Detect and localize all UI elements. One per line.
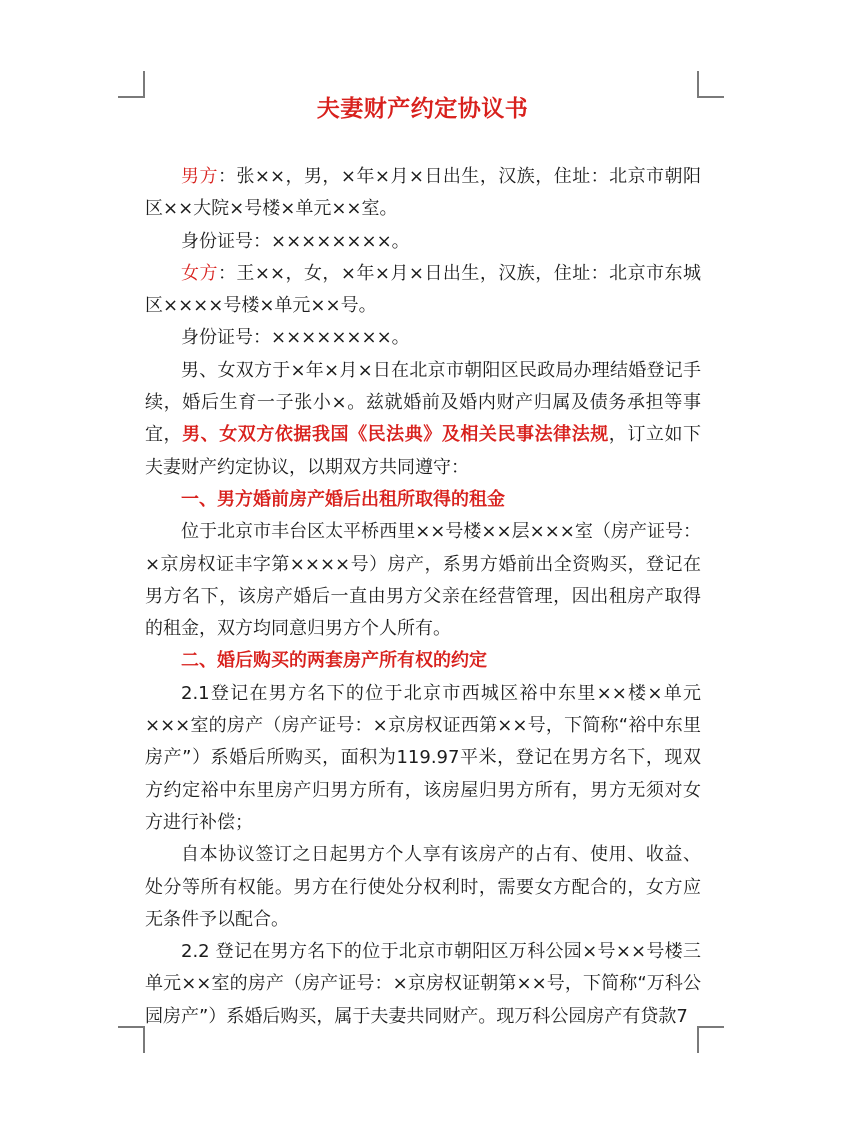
crop-mark-bottom-right [697,1026,724,1053]
preamble-legal-basis: 男、女双方依据我国《民法典》及相关民事法律法规 [182,424,609,445]
wife-paragraph: 女方：王××，女，×年×月×日出生，汉族，住址：北京市东城区××××号楼×单元×… [145,258,701,323]
husband-id-line: 身份证号：××××××××。 [145,226,701,258]
crop-mark-top-left [118,71,145,98]
document-title: 夫妻财产约定协议书 [145,93,700,125]
section-2-paragraph-1: 2.1登记在男方名下的位于北京市西城区裕中东里××楼×单元×××室的房产（房产证… [145,678,701,839]
crop-mark-top-right [697,71,724,98]
document-page: 夫妻财产约定协议书 男方：张××，男，×年×月×日出生，汉族，住址：北京市朝阳区… [0,0,841,1121]
section-2-paragraph-2: 自本协议签订之日起男方个人享有该房产的占有、使用、收益、处分等所有权能。男方在行… [145,839,701,936]
husband-details: ：张××，男，×年×月×日出生，汉族，住址：北京市朝阳区××大院×号楼×单元××… [145,166,701,219]
husband-paragraph: 男方：张××，男，×年×月×日出生，汉族，住址：北京市朝阳区××大院×号楼×单元… [145,161,701,226]
husband-label: 男方 [181,166,218,187]
section-1-paragraph-1: 位于北京市丰台区太平桥西里××号楼××层×××室（房产证号：×京房权证丰字第××… [145,516,701,645]
section-2-paragraph-3: 2.2 登记在男方名下的位于北京市朝阳区万科公园×号××号楼三单元××室的房产（… [145,936,701,1033]
section-heading-1: 一、男方婚前房产婚后出租所取得的租金 [145,484,701,516]
wife-id-line: 身份证号：××××××××。 [145,322,701,354]
section-heading-2: 二、婚后购买的两套房产所有权的约定 [145,645,701,677]
wife-details: ：王××，女，×年×月×日出生，汉族，住址：北京市东城区××××号楼×单元××号… [145,263,701,316]
crop-mark-bottom-left [118,1026,145,1053]
wife-label: 女方 [181,263,218,284]
document-body: 男方：张××，男，×年×月×日出生，汉族，住址：北京市朝阳区××大院×号楼×单元… [145,161,701,1033]
preamble-paragraph: 男、女双方于×年×月×日在北京市朝阳区民政局办理结婚登记手续，婚后生育一子张小×… [145,355,701,484]
